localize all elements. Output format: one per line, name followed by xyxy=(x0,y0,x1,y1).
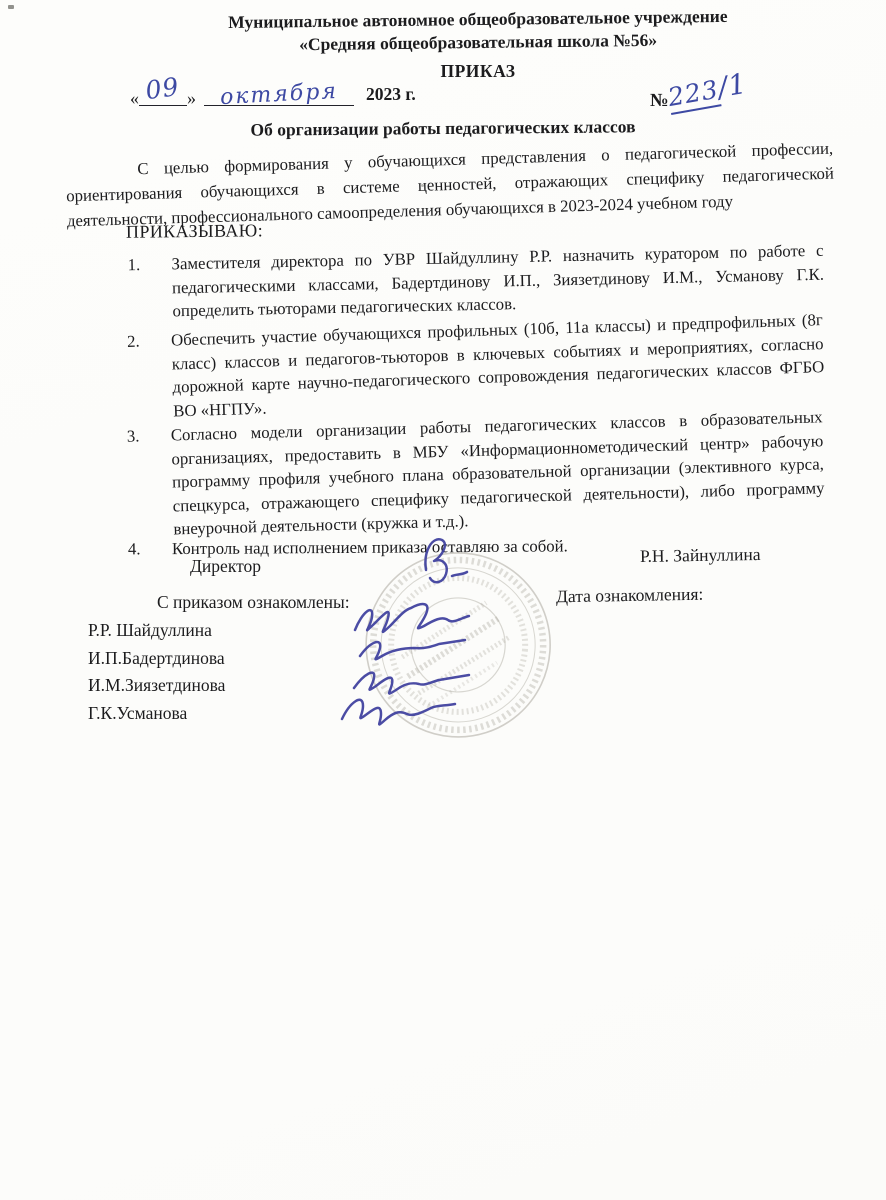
handwritten-day: 09 xyxy=(144,77,180,102)
ack-name-3: И.М.Зиязетдинова xyxy=(88,672,225,700)
signer-role: Директор xyxy=(190,556,261,577)
order-number: №223/1 xyxy=(650,80,751,113)
handwritten-month: октября xyxy=(220,82,339,108)
date-year: 2023 г. xyxy=(366,84,416,104)
ack-name-4: Г.К.Усманова xyxy=(88,700,225,728)
date-line: «09»октября2023 г. xyxy=(130,82,416,106)
item-number: 1. xyxy=(127,252,172,324)
ack-name-1: Р.Р. Шайдуллина xyxy=(88,617,225,645)
number-sign: № xyxy=(650,91,669,111)
ack-signature-1 xyxy=(355,604,469,632)
resolve-word: ПРИКАЗЫВАЮ: xyxy=(126,220,263,242)
acknowledgement-date-label: Дата ознакомления: xyxy=(556,584,704,608)
order-item-2: 2. Обеспечить участие обучающихся профил… xyxy=(127,308,826,424)
ack-name-2: И.П.Бадертдинова xyxy=(88,645,225,673)
director-signature xyxy=(425,539,467,582)
acknowledgement-label: С приказом ознакомлены: xyxy=(157,592,350,613)
ack-signature-2 xyxy=(360,640,465,659)
signer-name: Р.Н. Зайнуллина xyxy=(640,544,761,567)
order-items-list: 1. Заместителя директора по УВР Шайдулли… xyxy=(128,246,824,561)
document-type-title: ПРИКАЗ xyxy=(85,61,871,82)
organization-header: Муниципальное автономное общеобразовател… xyxy=(85,3,872,59)
month-blank-line: октября xyxy=(204,84,354,106)
day-blank-line: 09 xyxy=(139,82,187,106)
item-number: 3. xyxy=(126,424,173,543)
item-number: 4. xyxy=(128,537,172,561)
scan-artifact-speck xyxy=(8,5,14,9)
ack-signature-3 xyxy=(354,673,469,694)
acknowledgement-names: Р.Р. Шайдуллина И.П.Бадертдинова И.М.Зия… xyxy=(88,617,225,727)
item-text: Обеспечить участие обучающихся профильны… xyxy=(171,308,826,423)
open-quote: « xyxy=(130,88,139,108)
intro-paragraph: С целью формирования у обучающихся предс… xyxy=(65,136,835,234)
close-quote: » xyxy=(187,88,196,108)
ink-signatures xyxy=(330,518,570,738)
ack-signature-4 xyxy=(342,700,455,725)
scanned-order-page: Муниципальное автономное общеобразовател… xyxy=(0,0,886,1200)
item-number: 2. xyxy=(127,328,174,424)
